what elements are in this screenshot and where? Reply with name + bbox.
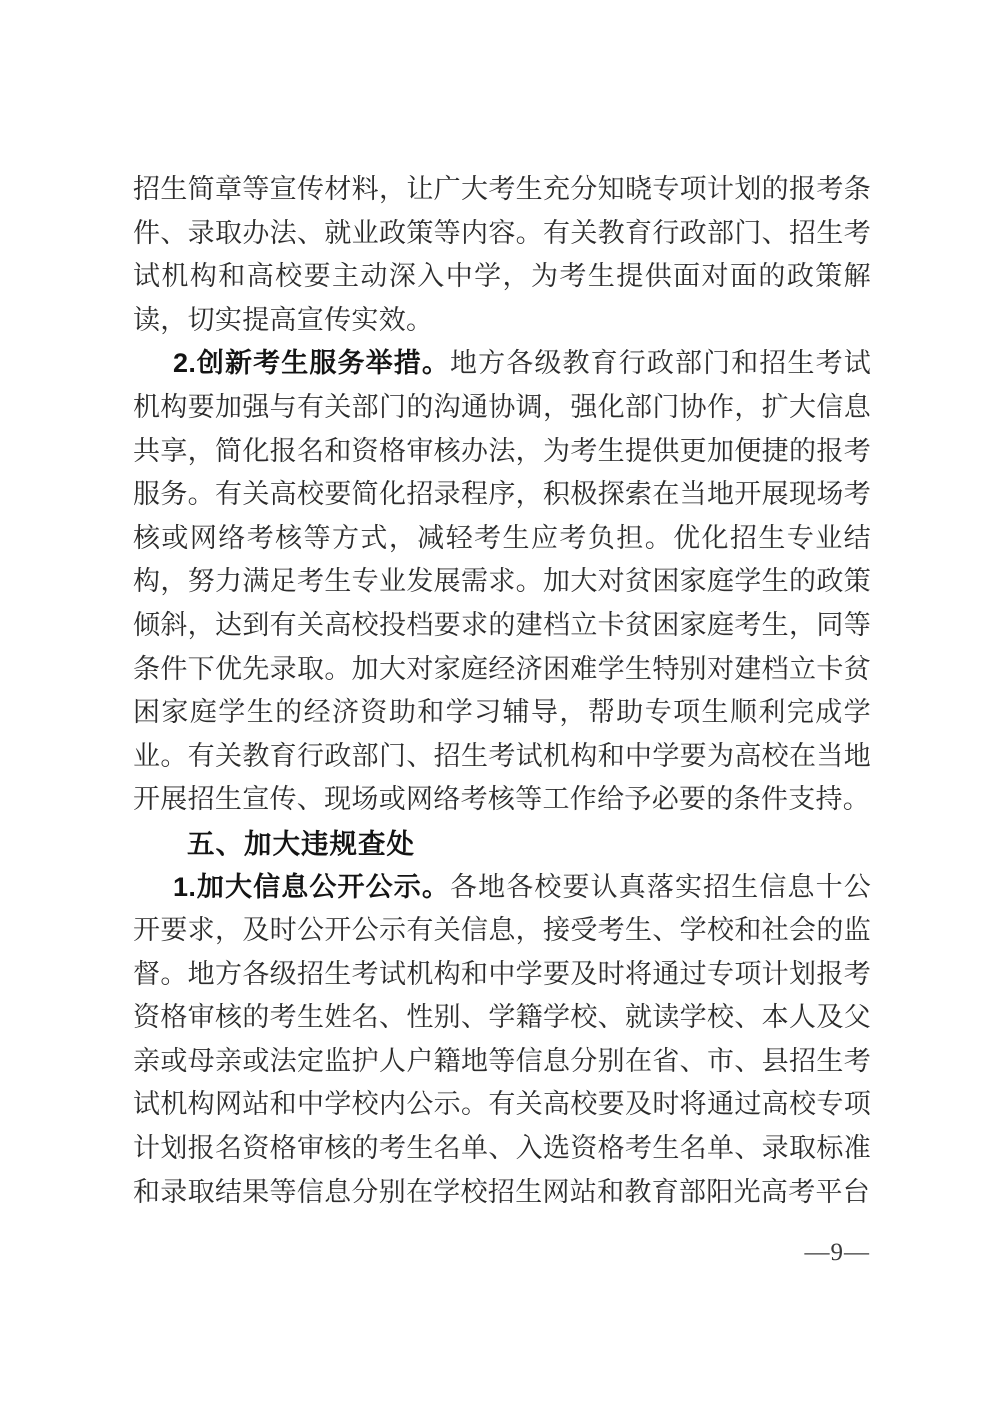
- paragraph-bold-lead: 2.创新考生服务举措。: [173, 348, 450, 378]
- paragraph-bold-lead: 1.加大信息公开公示。: [173, 872, 450, 902]
- paragraph-text: 招生简章等宣传材料，让广大考生充分知晓专项计划的报考条件、录取办法、就业政策等内…: [133, 174, 871, 335]
- paragraph-item-1: 1.加大信息公开公示。各地各校要认真落实招生信息十公开要求，及时公开公示有关信息…: [133, 866, 871, 1215]
- section-heading: 五、加大违规查处: [133, 822, 871, 866]
- paragraph-continuation: 招生简章等宣传材料，让广大考生充分知晓专项计划的报考条件、录取办法、就业政策等内…: [133, 168, 871, 342]
- document-body: 招生简章等宣传材料，让广大考生充分知晓专项计划的报考条件、录取办法、就业政策等内…: [133, 168, 871, 1214]
- paragraph-text: 地方各级教育行政部门和招生考试机构要加强与有关部门的沟通协调，强化部门协作，扩大…: [133, 348, 871, 814]
- page-number: —9—: [805, 1240, 871, 1265]
- document-page: 招生简章等宣传材料，让广大考生充分知晓专项计划的报考条件、录取办法、就业政策等内…: [0, 0, 1000, 1414]
- paragraph-text: 各地各校要认真落实招生信息十公开要求，及时公开公示有关信息，接受考生、学校和社会…: [133, 872, 871, 1207]
- paragraph-item-2: 2.创新考生服务举措。地方各级教育行政部门和招生考试机构要加强与有关部门的沟通协…: [133, 342, 871, 822]
